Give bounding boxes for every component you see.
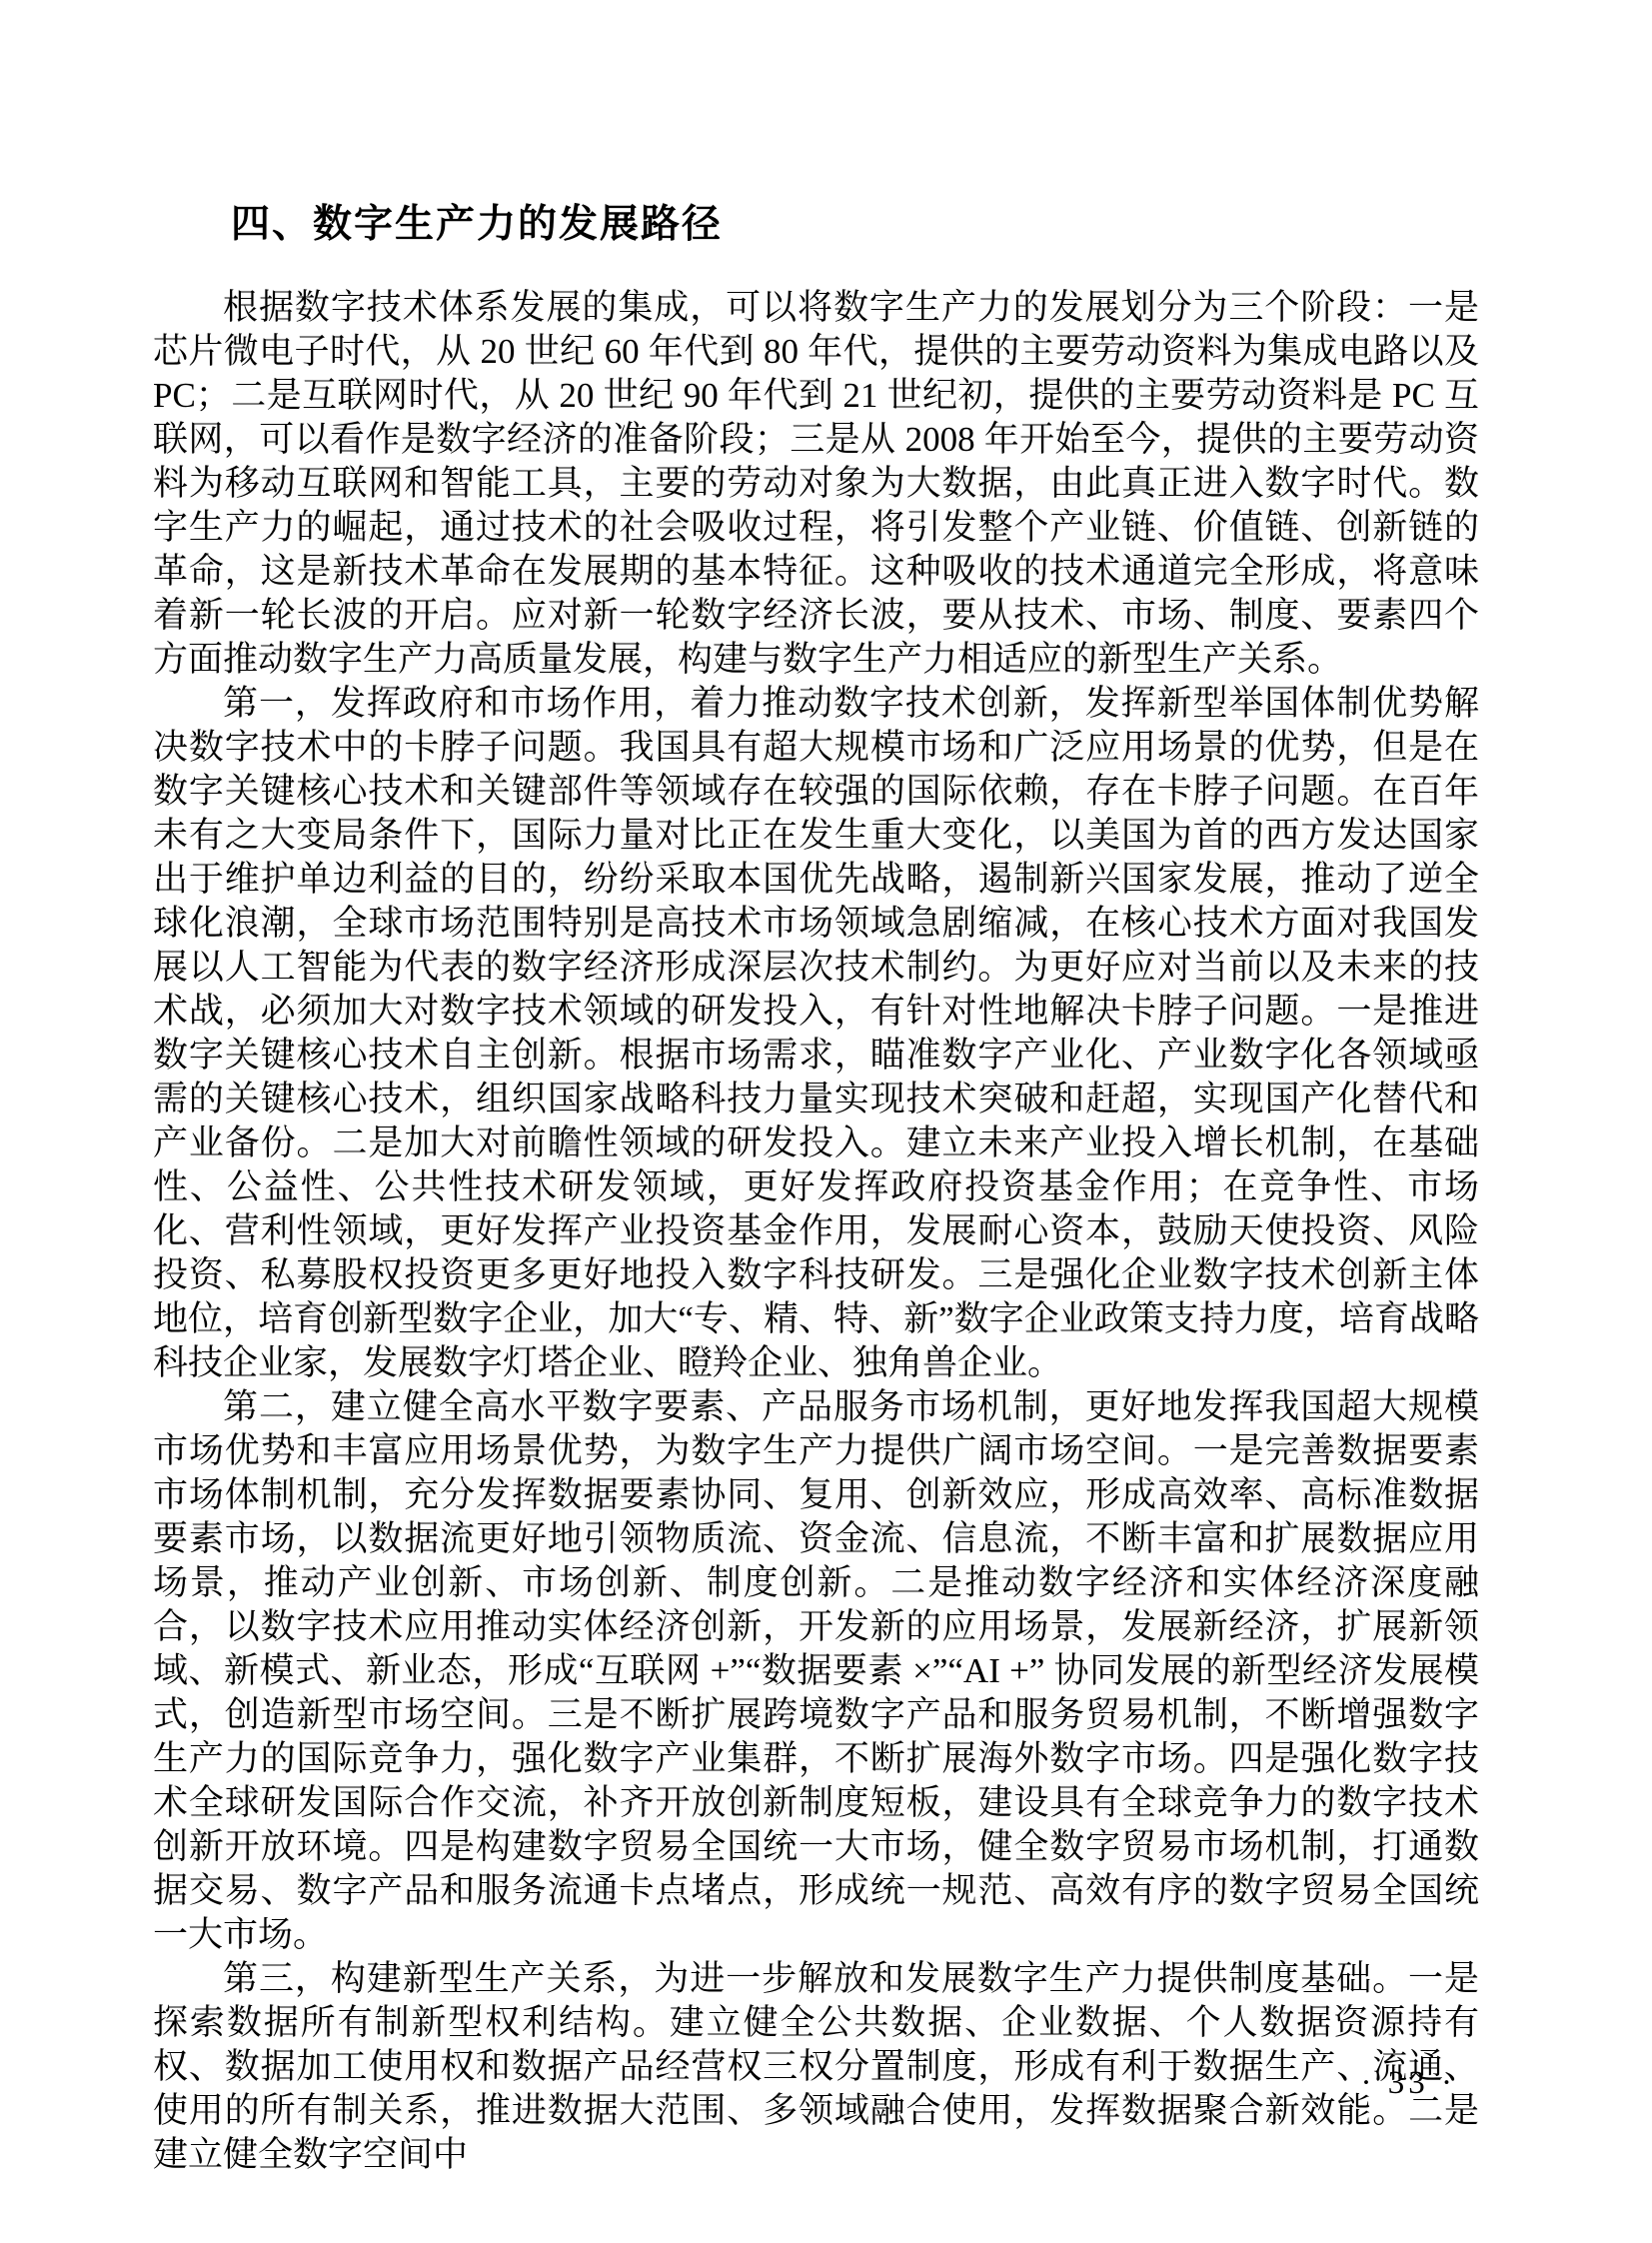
page-content: 四、数字生产力的发展路径 根据数字技术体系发展的集成，可以将数字生产力的发展划分… — [153, 200, 1479, 2177]
page-number: · 33 · — [1361, 2065, 1456, 2102]
document-page: 四、数字生产力的发展路径 根据数字技术体系发展的集成，可以将数字生产力的发展划分… — [0, 0, 1652, 2243]
body-paragraph-intro: 根据数字技术体系发展的集成，可以将数字生产力的发展划分为三个阶段：一是芯片微电子… — [153, 286, 1479, 682]
section-heading: 四、数字生产力的发展路径 — [153, 200, 1479, 250]
body-paragraph-third-point: 第三，构建新型生产关系，为进一步解放和发展数字生产力提供制度基础。一是探索数据所… — [153, 1957, 1479, 2177]
body-paragraph-second-point: 第二，建立健全高水平数字要素、产品服务市场机制，更好地发挥我国超大规模市场优势和… — [153, 1385, 1479, 1957]
body-paragraph-first-point: 第一，发挥政府和市场作用，着力推动数字技术创新，发挥新型举国体制优势解决数字技术… — [153, 682, 1479, 1385]
